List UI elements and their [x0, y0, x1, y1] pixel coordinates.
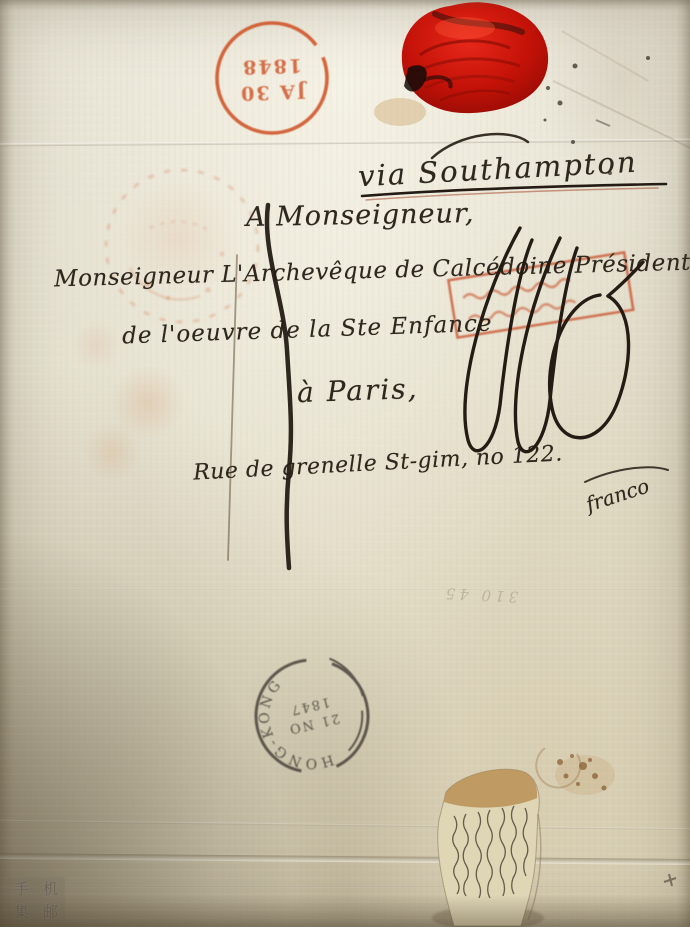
ink-strokes [0, 0, 690, 927]
franco-flourish [585, 467, 668, 482]
postal-cover: JA 30 1848 [0, 0, 690, 927]
watermark-char: 手 [14, 878, 29, 899]
long-pen-stroke [267, 205, 291, 568]
fragment-stain [444, 769, 537, 807]
flourish-stroke [432, 134, 528, 158]
watermark-char: 集 [14, 901, 29, 922]
thin-stain-line [228, 255, 237, 560]
torn-paper-fragment [424, 758, 559, 927]
watermark-char: 机 [43, 878, 58, 899]
hong-kong-postmark: HONG-KONG 21 NO 1847 [240, 650, 385, 785]
watermark: 手 机 集 邮 [7, 877, 65, 923]
rate-marking-410 [465, 228, 643, 452]
watermark-char: 邮 [43, 901, 58, 922]
routing-underline [362, 184, 666, 196]
